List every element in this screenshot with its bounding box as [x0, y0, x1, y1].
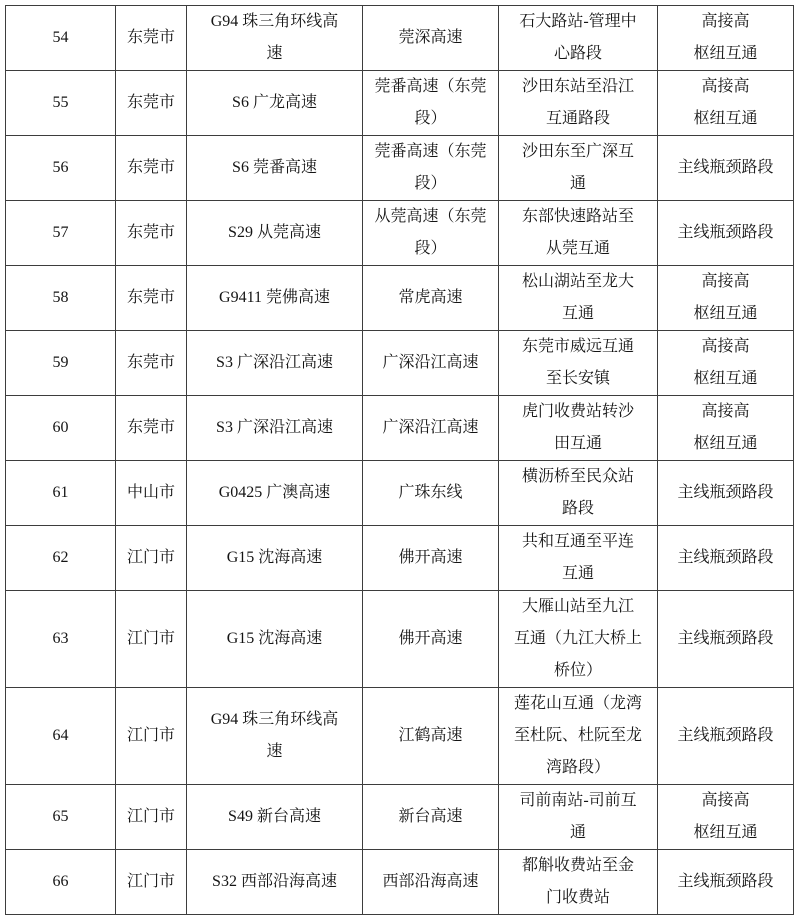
cell-city: 东莞市 [116, 201, 187, 266]
cell-congestion-type: 主线瓶颈路段 [658, 850, 794, 915]
cell-city: 江门市 [116, 850, 187, 915]
cell-row-number: 58 [6, 266, 116, 331]
cell-city: 东莞市 [116, 6, 187, 71]
cell-congestion-type: 主线瓶颈路段 [658, 688, 794, 785]
cell-road-section: 沙田东站至沿江 互通路段 [499, 71, 658, 136]
cell-congestion-type: 高接高 枢纽互通 [658, 331, 794, 396]
cell-highway-code: S32 西部沿海高速 [187, 850, 363, 915]
cell-city: 江门市 [116, 591, 187, 688]
highway-congestion-table: 54东莞市G94 珠三角环线高 速莞深高速石大路站-管理中 心路段高接高 枢纽互… [5, 5, 794, 915]
cell-road-section: 都斛收费站至金 门收费站 [499, 850, 658, 915]
cell-road-section: 松山湖站至龙大 互通 [499, 266, 658, 331]
cell-road-name: 莞番高速（东莞 段） [363, 71, 499, 136]
cell-highway-code: G0425 广澳高速 [187, 461, 363, 526]
cell-highway-code: G9411 莞佛高速 [187, 266, 363, 331]
table-body: 54东莞市G94 珠三角环线高 速莞深高速石大路站-管理中 心路段高接高 枢纽互… [6, 6, 794, 915]
cell-city: 江门市 [116, 526, 187, 591]
table-row: 55东莞市S6 广龙高速莞番高速（东莞 段）沙田东站至沿江 互通路段高接高 枢纽… [6, 71, 794, 136]
cell-road-section: 虎门收费站转沙 田互通 [499, 396, 658, 461]
cell-city: 东莞市 [116, 136, 187, 201]
cell-highway-code: S6 广龙高速 [187, 71, 363, 136]
cell-congestion-type: 主线瓶颈路段 [658, 201, 794, 266]
table-row: 61中山市G0425 广澳高速广珠东线横沥桥至民众站 路段主线瓶颈路段 [6, 461, 794, 526]
cell-highway-code: G15 沈海高速 [187, 526, 363, 591]
cell-congestion-type: 高接高 枢纽互通 [658, 6, 794, 71]
cell-road-section: 东部快速路站至 从莞互通 [499, 201, 658, 266]
cell-road-name: 广深沿江高速 [363, 331, 499, 396]
cell-road-name: 常虎高速 [363, 266, 499, 331]
table-row: 62江门市G15 沈海高速佛开高速共和互通至平连 互通主线瓶颈路段 [6, 526, 794, 591]
cell-city: 江门市 [116, 688, 187, 785]
cell-congestion-type: 主线瓶颈路段 [658, 591, 794, 688]
cell-congestion-type: 高接高 枢纽互通 [658, 71, 794, 136]
cell-congestion-type: 高接高 枢纽互通 [658, 785, 794, 850]
table-row: 65江门市S49 新台高速新台高速司前南站-司前互 通高接高 枢纽互通 [6, 785, 794, 850]
cell-row-number: 62 [6, 526, 116, 591]
cell-highway-code: S6 莞番高速 [187, 136, 363, 201]
cell-road-name: 莞深高速 [363, 6, 499, 71]
cell-congestion-type: 主线瓶颈路段 [658, 526, 794, 591]
cell-city: 东莞市 [116, 71, 187, 136]
document-page: 54东莞市G94 珠三角环线高 速莞深高速石大路站-管理中 心路段高接高 枢纽互… [0, 0, 800, 917]
table-row: 63江门市G15 沈海高速佛开高速大雁山站至九江 互通（九江大桥上 桥位）主线瓶… [6, 591, 794, 688]
cell-city: 江门市 [116, 785, 187, 850]
cell-road-name: 江鹤高速 [363, 688, 499, 785]
cell-congestion-type: 主线瓶颈路段 [658, 461, 794, 526]
table-row: 54东莞市G94 珠三角环线高 速莞深高速石大路站-管理中 心路段高接高 枢纽互… [6, 6, 794, 71]
table-row: 56东莞市S6 莞番高速莞番高速（东莞 段）沙田东至广深互 通主线瓶颈路段 [6, 136, 794, 201]
cell-highway-code: G94 珠三角环线高 速 [187, 6, 363, 71]
cell-congestion-type: 高接高 枢纽互通 [658, 396, 794, 461]
cell-road-name: 广珠东线 [363, 461, 499, 526]
cell-highway-code: G15 沈海高速 [187, 591, 363, 688]
cell-row-number: 59 [6, 331, 116, 396]
cell-congestion-type: 高接高 枢纽互通 [658, 266, 794, 331]
table-row: 58东莞市G9411 莞佛高速常虎高速松山湖站至龙大 互通高接高 枢纽互通 [6, 266, 794, 331]
cell-road-name: 佛开高速 [363, 526, 499, 591]
cell-highway-code: S3 广深沿江高速 [187, 331, 363, 396]
table-row: 59东莞市S3 广深沿江高速广深沿江高速东莞市威远互通 至长安镇高接高 枢纽互通 [6, 331, 794, 396]
cell-highway-code: G94 珠三角环线高 速 [187, 688, 363, 785]
table-row: 57东莞市S29 从莞高速从莞高速（东莞 段）东部快速路站至 从莞互通主线瓶颈路… [6, 201, 794, 266]
cell-road-name: 广深沿江高速 [363, 396, 499, 461]
cell-row-number: 61 [6, 461, 116, 526]
cell-highway-code: S29 从莞高速 [187, 201, 363, 266]
table-row: 60东莞市S3 广深沿江高速广深沿江高速虎门收费站转沙 田互通高接高 枢纽互通 [6, 396, 794, 461]
cell-city: 中山市 [116, 461, 187, 526]
cell-road-section: 沙田东至广深互 通 [499, 136, 658, 201]
cell-road-section: 横沥桥至民众站 路段 [499, 461, 658, 526]
cell-row-number: 56 [6, 136, 116, 201]
cell-road-name: 从莞高速（东莞 段） [363, 201, 499, 266]
cell-road-section: 莲花山互通（龙湾 至杜阮、杜阮至龙 湾路段） [499, 688, 658, 785]
cell-city: 东莞市 [116, 396, 187, 461]
cell-highway-code: S49 新台高速 [187, 785, 363, 850]
cell-road-section: 共和互通至平连 互通 [499, 526, 658, 591]
cell-road-name: 西部沿海高速 [363, 850, 499, 915]
table-row: 66江门市S32 西部沿海高速西部沿海高速都斛收费站至金 门收费站主线瓶颈路段 [6, 850, 794, 915]
cell-row-number: 60 [6, 396, 116, 461]
cell-row-number: 66 [6, 850, 116, 915]
cell-road-name: 莞番高速（东莞 段） [363, 136, 499, 201]
cell-city: 东莞市 [116, 266, 187, 331]
cell-row-number: 55 [6, 71, 116, 136]
cell-road-name: 佛开高速 [363, 591, 499, 688]
cell-road-name: 新台高速 [363, 785, 499, 850]
cell-row-number: 65 [6, 785, 116, 850]
cell-row-number: 63 [6, 591, 116, 688]
cell-row-number: 57 [6, 201, 116, 266]
cell-row-number: 54 [6, 6, 116, 71]
cell-congestion-type: 主线瓶颈路段 [658, 136, 794, 201]
table-row: 64江门市G94 珠三角环线高 速江鹤高速莲花山互通（龙湾 至杜阮、杜阮至龙 湾… [6, 688, 794, 785]
cell-road-section: 司前南站-司前互 通 [499, 785, 658, 850]
cell-city: 东莞市 [116, 331, 187, 396]
cell-road-section: 东莞市威远互通 至长安镇 [499, 331, 658, 396]
cell-road-section: 大雁山站至九江 互通（九江大桥上 桥位） [499, 591, 658, 688]
cell-road-section: 石大路站-管理中 心路段 [499, 6, 658, 71]
cell-highway-code: S3 广深沿江高速 [187, 396, 363, 461]
cell-row-number: 64 [6, 688, 116, 785]
